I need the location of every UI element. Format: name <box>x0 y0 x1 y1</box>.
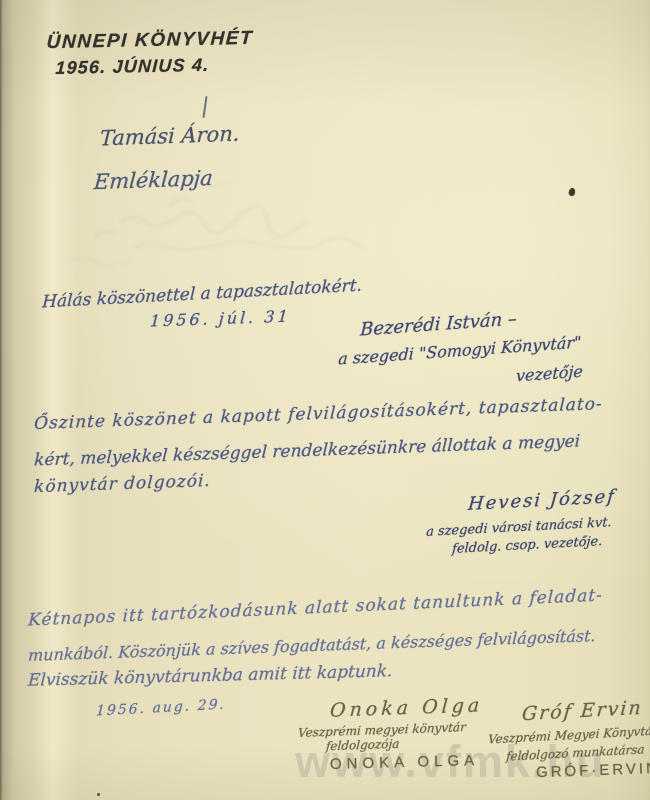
stamp-line2: 1956. JÚNIUS 4. <box>55 54 253 79</box>
book-week-stamp: ÜNNEPI KÖNYVHÉT 1956. JÚNIUS 4. <box>45 28 254 79</box>
scanned-guestbook-page: ÜNNEPI KÖNYVHÉT 1956. JÚNIUS 4. Tamási Á… <box>0 0 650 800</box>
guest1-line2: Emléklapja <box>93 166 213 194</box>
paper-speck <box>97 793 100 796</box>
stamp-line1: ÜNNEPI KÖNYVHÉT <box>46 28 254 54</box>
sig-left-title2: feldolgozója <box>326 737 400 754</box>
guest1-signature: Tamási Áron. <box>99 122 240 151</box>
